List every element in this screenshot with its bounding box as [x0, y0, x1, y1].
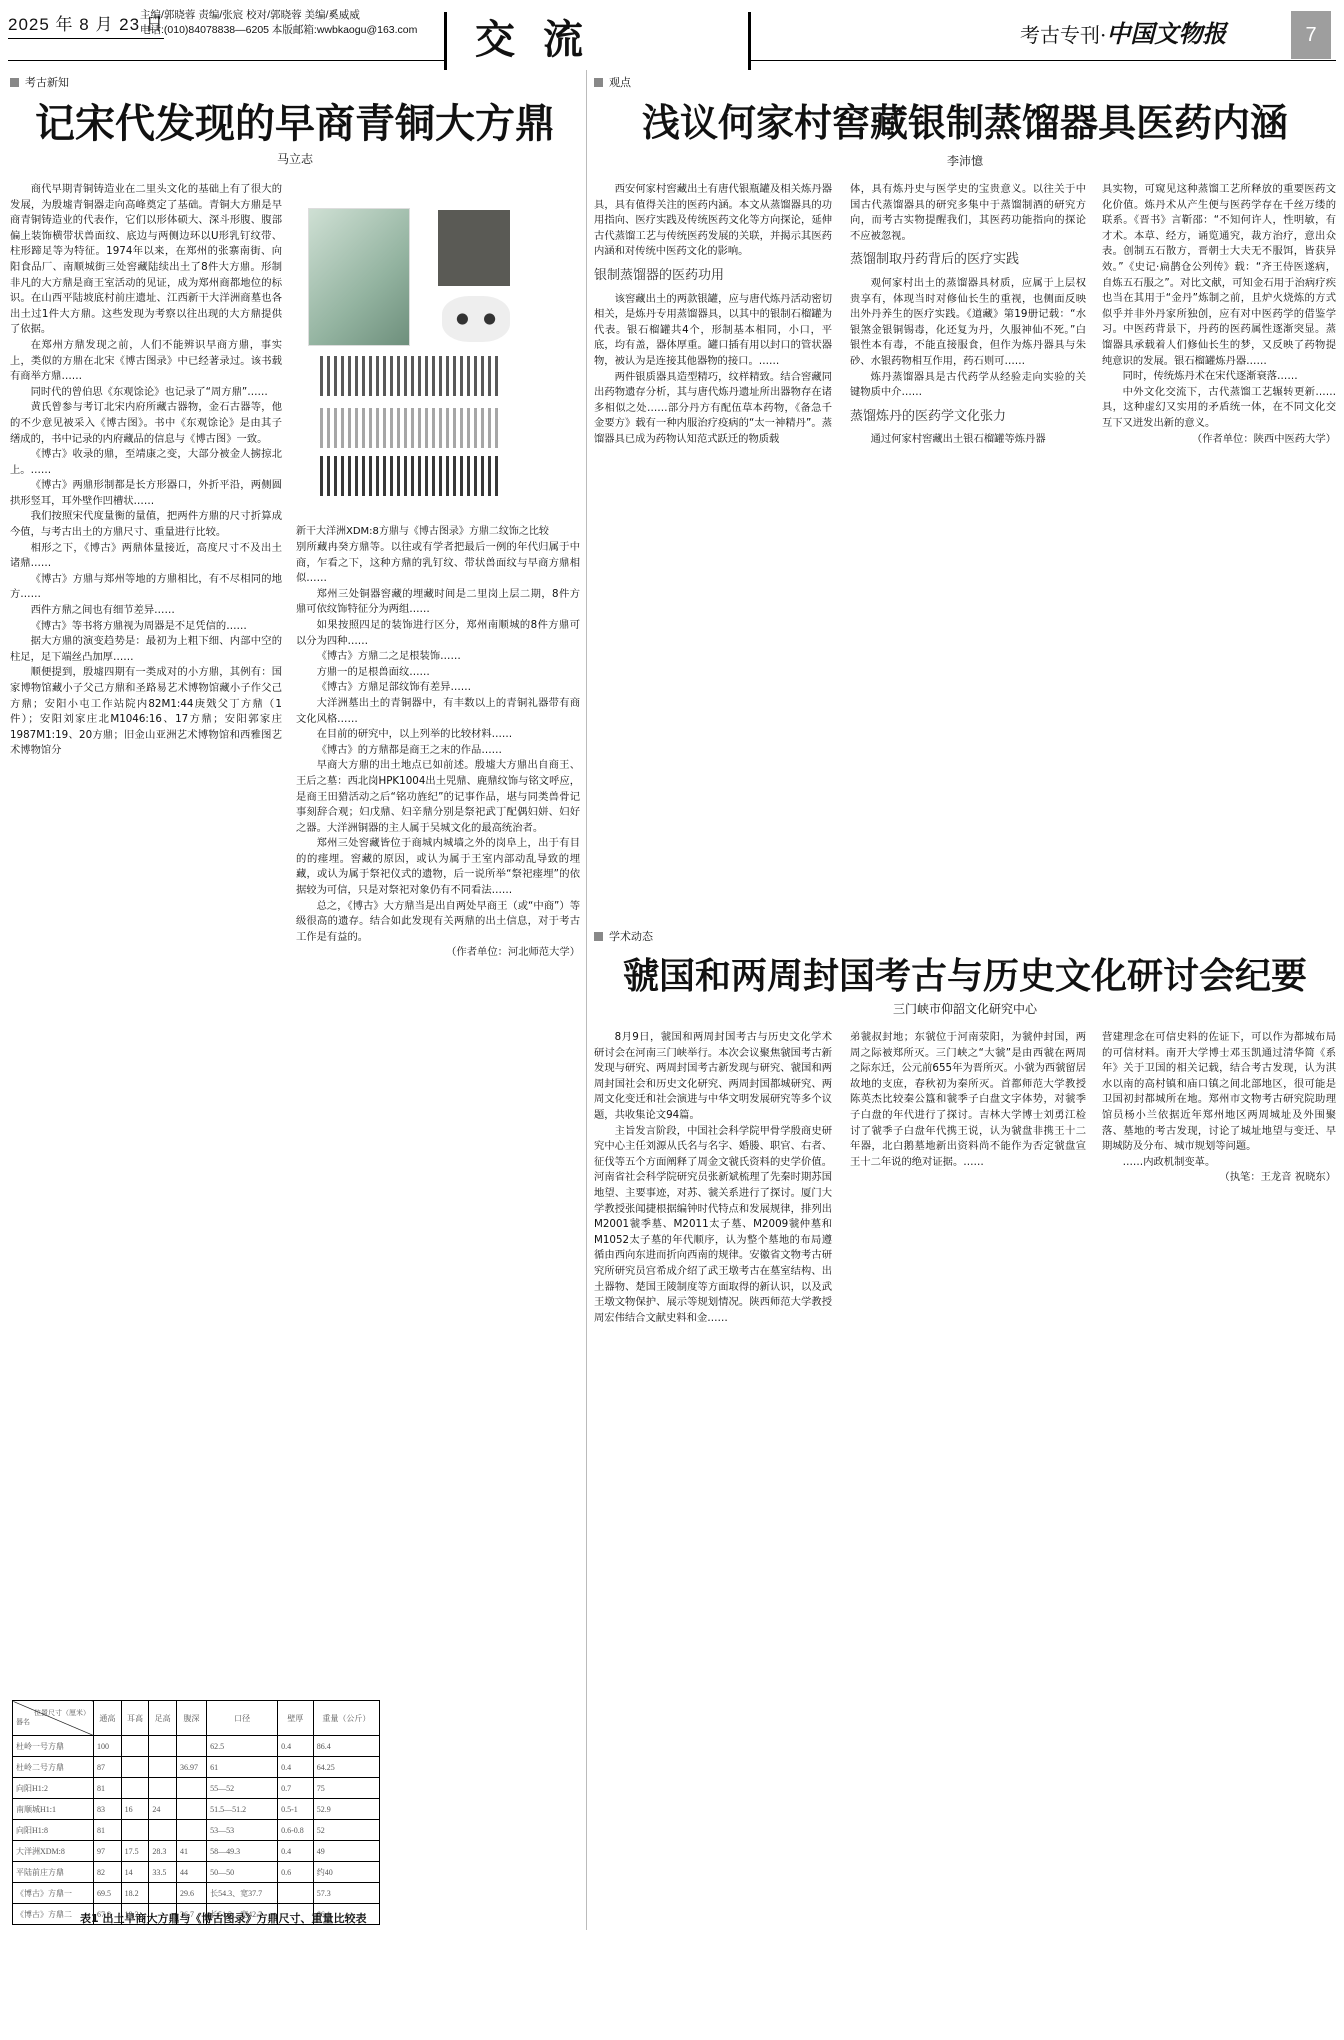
cell: 平陆前庄方鼎 [13, 1862, 94, 1883]
cell [177, 1799, 207, 1820]
paragraph: 方鼎一的足根兽面纹…… [296, 665, 580, 681]
subheading: 蒸馏制取丹药背后的医疗实践 [850, 252, 1086, 268]
header-diag-bottom: 器名 [16, 1718, 90, 1727]
decor-band-2 [320, 408, 500, 448]
cell: 29.6 [177, 1883, 207, 1904]
article2-column-1: 西安何家村窖藏出土有唐代银瓶罐及相关炼丹器具，具有值得关注的医药内涵。本文从蒸馏… [594, 182, 832, 912]
paragraph: 通过何家村窖藏出土银石榴罐等炼丹器 [850, 432, 1086, 448]
editorial-credits: 主编/郭晓蓉 责编/张宸 校对/郭晓蓉 美编/奚威威 电话:(010)84078… [140, 8, 417, 38]
cell: 83 [94, 1799, 122, 1820]
article2-kicker: 观点 [594, 74, 631, 90]
cell: 62.5 [207, 1736, 278, 1757]
kicker-square-icon [10, 78, 19, 87]
cell: 24 [149, 1799, 177, 1820]
header-diag-top: 位置尺寸（厘米） [16, 1709, 90, 1718]
paragraph: 主旨发言阶段，中国社会科学院甲骨学殷商史研究中心主任刘源从氏名与名字、婚媵、职官… [594, 1124, 832, 1327]
cell: 0.4 [278, 1757, 314, 1778]
table-row: 南顺城H1:183162451.5—51.20.5-152.9 [13, 1799, 380, 1820]
paragraph: 在目前的研究中，以上列举的比较材料…… [296, 727, 580, 743]
cell: 75 [313, 1778, 379, 1799]
cell: 0.4 [278, 1736, 314, 1757]
paragraph: 黄氏曾参与考订北宋内府所藏古器物，金石古器等，他的不少意见被采入《博古图》。书中… [10, 400, 282, 447]
cell: 0.5-1 [278, 1799, 314, 1820]
subheading: 银制蒸馏器的医药功用 [594, 268, 832, 284]
table-row: 《博古》方鼎一69.518.229.6长54.3、宽37.757.3 [13, 1883, 380, 1904]
cell: 61 [207, 1757, 278, 1778]
paragraph: 同时代的曾伯思《东观馀论》也记录了“周方鼎”…… [10, 385, 282, 401]
article2-column-3: 具实物，可窥见这种蒸馏工艺所释放的重要医药文化价值。炼丹术从产生便与医药学存在千… [1102, 182, 1336, 912]
paragraph: 8月9日，虢国和两周封国考古与历史文化学术研讨会在河南三门峡举行。本次会议聚焦虢… [594, 1030, 832, 1124]
table-row: 向阳H1:88153—530.6-0.852 [13, 1820, 380, 1841]
cell: 17.5 [121, 1841, 149, 1862]
cell: 44 [177, 1862, 207, 1883]
author-credit: （执笔：王龙音 祝晓东） [1102, 1170, 1336, 1186]
article3-title: 虢国和两周封国考古与历史文化研讨会纪要 [594, 948, 1336, 999]
cell: 16 [121, 1799, 149, 1820]
cell: 58—49.3 [207, 1841, 278, 1862]
header-cell: 足高 [149, 1701, 177, 1736]
paragraph: ……内政机制变革。 [1102, 1155, 1336, 1171]
page-column-divider [586, 70, 587, 1930]
cell: 52.9 [313, 1799, 379, 1820]
masthead-divider-left [444, 12, 447, 70]
cell: 0.4 [278, 1841, 314, 1862]
cell: 约40 [313, 1862, 379, 1883]
cell: 100 [94, 1736, 122, 1757]
handle-photo [438, 210, 510, 286]
cell: 57.3 [313, 1883, 379, 1904]
paragraph: 《博古》收录的鼎，至靖康之变，大部分被金人掳掠北上。…… [10, 447, 282, 478]
paragraph: 总之，《博古》大方鼎当是出自两处早商王（或“中商”）等级很高的遗存。结合如此发现… [296, 899, 580, 946]
paragraph: 两件银质器具造型精巧，纹样精致。结合窖藏同出药物遗存分析，其与唐代炼丹遗址所出器… [594, 370, 832, 448]
paragraph: 体，具有炼丹史与医学史的宝贵意义。以往关于中国古代蒸馏器具的研究多集中于蒸馏制酒… [850, 182, 1086, 244]
decor-band-3 [320, 456, 500, 496]
cell: 18.2 [121, 1883, 149, 1904]
paragraph: 具实物，可窥见这种蒸馏工艺所释放的重要医药文化价值。炼丹术从产生便与医药学存在千… [1102, 182, 1336, 369]
newspaper-brand: 考古专刊·中国文物报 [1020, 14, 1226, 49]
section-title: 交流 [475, 8, 611, 65]
header-cell: 通高 [94, 1701, 122, 1736]
paragraph: 郑州三处铜器窖藏的埋藏时间是二里岗上层二期，8件方鼎可依纹饰特征分为两组…… [296, 587, 580, 618]
article3-kicker: 学术动态 [594, 928, 653, 944]
table-header-row: 位置尺寸（厘米） 器名 通高 耳高 足高 腹深 口径 壁厚 重量（公斤） [13, 1701, 380, 1736]
paragraph: 该窖藏出土的两款银罐，应与唐代炼丹活动密切相关，是炼丹专用蒸馏器具，以其中的银制… [594, 292, 832, 370]
paragraph: 据大方鼎的演变趋势是：最初为上粗下细、内部中空的柱足，足下端丝凸加厚…… [10, 634, 282, 665]
cell: 69.5 [94, 1883, 122, 1904]
cell [177, 1820, 207, 1841]
table-row: 杜岭二号方鼎8736.97610.464.25 [13, 1757, 380, 1778]
paragraph: 早商大方鼎的出土地点已如前述。殷墟大方鼎出自商王、王后之墓：西北岗HPK1004… [296, 758, 580, 836]
cell: 0.7 [278, 1778, 314, 1799]
cell: 28.3 [149, 1841, 177, 1862]
cell: 0.6 [278, 1862, 314, 1883]
paragraph: 在郑州方鼎发现之前，人们不能辨识早商方鼎，事实上，类似的方鼎在北宋《博古图录》中… [10, 338, 282, 385]
cell: 81 [94, 1778, 122, 1799]
header-cell: 壁厚 [278, 1701, 314, 1736]
cell [177, 1778, 207, 1799]
cell: 64.25 [313, 1757, 379, 1778]
cell: 36.97 [177, 1757, 207, 1778]
cell [121, 1778, 149, 1799]
cell: 0.6-0.8 [278, 1820, 314, 1841]
paragraph: 《博古》方鼎足部纹饰有差异…… [296, 680, 580, 696]
article1-title: 记宋代发现的早商青铜大方鼎 [10, 92, 580, 149]
table-caption: 表1 出土早商大方鼎与《博古图录》方鼎尺寸、重量比较表 [80, 1910, 366, 1926]
cell: 杜岭二号方鼎 [13, 1757, 94, 1778]
kicker-label: 学术动态 [609, 928, 653, 944]
cell: 86.4 [313, 1736, 379, 1757]
paragraph: 西件方鼎之间也有细节差异…… [10, 603, 282, 619]
author-affiliation: （作者单位：河北师范大学） [296, 945, 580, 961]
brand-logo: 中国文物报 [1106, 19, 1226, 48]
cell: 52 [313, 1820, 379, 1841]
cell: 41 [177, 1841, 207, 1862]
paragraph: 别所藏冉癸方鼎等。以往或有学者把最后一例的年代归属于中商，乍看之下，这种方鼎的乳… [296, 540, 580, 587]
header-cell: 耳高 [121, 1701, 149, 1736]
cell: 53—53 [207, 1820, 278, 1841]
header-cell: 腹深 [177, 1701, 207, 1736]
article1-figure-caption: 新干大洋洲XDM:8方鼎与《博古图录》方鼎二纹饰之比较 [296, 522, 549, 537]
paragraph: 我们按照宋代度量衡的量值，把两件方鼎的尺寸折算成今值，与考古出土的方鼎尺寸、重量… [10, 509, 282, 540]
cell: 大洋洲XDM:8 [13, 1841, 94, 1862]
taotie-motif-drawing [442, 296, 510, 342]
article2-column-2: 体，具有炼丹史与医学史的宝贵意义。以往关于中国古代蒸馏器具的研究多集中于蒸馏制酒… [850, 182, 1086, 912]
cell: 向阳H1:8 [13, 1820, 94, 1841]
article3-column-3: 营建理念在可信史料的佐证下，可以作为都城布局的可信材料。南开大学博士邓玉凯通过清… [1102, 1030, 1336, 1925]
cell: 南顺城H1:1 [13, 1799, 94, 1820]
cell: 51.5—51.2 [207, 1799, 278, 1820]
paragraph: 《博古》方鼎与郑州等地的方鼎相比，有不尽相同的地方…… [10, 572, 282, 603]
paragraph: 顺便提到，殷墟四期有一类成对的小方鼎，其例有：国家博物馆藏小子父己方鼎和圣路易艺… [10, 665, 282, 759]
paragraph: 中外文化交流下，古代蒸馏工艺辗转更新……具，这种虚幻又实用的矛盾统一体，在不同文… [1102, 385, 1336, 432]
cell: 81 [94, 1820, 122, 1841]
article2-title: 浅议何家村窖藏银制蒸馏器具医药内涵 [594, 92, 1336, 147]
cell: 33.5 [149, 1862, 177, 1883]
article1-column-1: 商代早期青铜铸造业在二里头文化的基础上有了很大的发展，为殷墟青铜器走向高峰奠定了… [10, 182, 282, 1682]
article3-column-2: 弟虢叔封地；东虢位于河南荥阳，为虢仲封国，两周之际被郑所灭。三门峡之“大虢”是由… [850, 1030, 1086, 1925]
cell: 55—52 [207, 1778, 278, 1799]
credits-line-editors: 主编/郭晓蓉 责编/张宸 校对/郭晓蓉 美编/奚威威 [140, 8, 417, 23]
header-cell: 重量（公斤） [313, 1701, 379, 1736]
cell: 97 [94, 1841, 122, 1862]
article3-author: 三门峡市仰韶文化研究中心 [594, 1000, 1336, 1017]
cell [149, 1736, 177, 1757]
paragraph: 营建理念在可信史料的佐证下，可以作为都城布局的可信材料。南开大学博士邓玉凯通过清… [1102, 1030, 1336, 1155]
cell: 87 [94, 1757, 122, 1778]
cell: 《博古》方鼎一 [13, 1883, 94, 1904]
cell [149, 1757, 177, 1778]
paragraph: 《博古》两鼎形制都是长方形器口，外折平沿，两侧圆拱形竖耳，耳外壁作凹槽状…… [10, 478, 282, 509]
cell: 向阳H1:2 [13, 1778, 94, 1799]
paragraph: 观何家村出土的蒸馏器具材质，应属于上层权贵享有，体现当时对修仙长生的重视，也侧面… [850, 276, 1086, 370]
bronze-ding-photo [308, 208, 410, 346]
cell [121, 1736, 149, 1757]
cell [149, 1820, 177, 1841]
credits-line-contact: 电话:(010)84078838—6205 本版邮箱:wwbkaogu@163.… [140, 23, 417, 38]
cell: 长54.3、宽37.7 [207, 1883, 278, 1904]
kicker-square-icon [594, 932, 603, 941]
article3-column-1: 8月9日，虢国和两周封国考古与历史文化学术研讨会在河南三门峡举行。本次会议聚焦虢… [594, 1030, 832, 1925]
kicker-label: 观点 [609, 74, 631, 90]
cell [121, 1757, 149, 1778]
header-cell: 口径 [207, 1701, 278, 1736]
subheading: 蒸馏炼丹的医药学文化张力 [850, 409, 1086, 425]
cell [149, 1883, 177, 1904]
paragraph: 《博古》的方鼎都是商王之末的作品…… [296, 743, 580, 759]
article2-author: 李沛憶 [594, 152, 1336, 169]
cell: 50—50 [207, 1862, 278, 1883]
paragraph: 《博古》方鼎二之足根装饰…… [296, 649, 580, 665]
masthead-divider-right [748, 12, 751, 70]
decor-band-1 [320, 356, 500, 396]
cell [278, 1883, 314, 1904]
table-row: 向阳H1:28155—520.775 [13, 1778, 380, 1799]
cell [149, 1778, 177, 1799]
cell [177, 1736, 207, 1757]
table-diagonal-header: 位置尺寸（厘米） 器名 [13, 1701, 94, 1736]
cell: 杜岭一号方鼎 [13, 1736, 94, 1757]
page-number-badge: 7 [1291, 11, 1331, 59]
paragraph: 同时，传统炼丹术在宋代逐渐衰落…… [1102, 369, 1336, 385]
cell: 14 [121, 1862, 149, 1883]
article1-kicker: 考古新知 [10, 74, 69, 90]
paragraph: 郑州三处窖藏皆位于商城内城墙之外的岗阜上，出于有目的的瘗埋。窖藏的原因，或认为属… [296, 836, 580, 898]
table-row: 杜岭一号方鼎10062.50.486.4 [13, 1736, 380, 1757]
table-row: 平陆前庄方鼎821433.54450—500.6约40 [13, 1862, 380, 1883]
article1-figure [290, 186, 580, 514]
brand-prefix: 考古专刊· [1020, 23, 1106, 47]
kicker-square-icon [594, 78, 603, 87]
paragraph: 西安何家村窖藏出土有唐代银瓶罐及相关炼丹器具，具有值得关注的医药内涵。本文从蒸馏… [594, 182, 832, 260]
paragraph: 商代早期青铜铸造业在二里头文化的基础上有了很大的发展，为殷墟青铜器走向高峰奠定了… [10, 182, 282, 338]
cell [121, 1820, 149, 1841]
paragraph: 相形之下，《博古》两鼎体量接近，高度尺寸不及出土诸鼎…… [10, 541, 282, 572]
comparison-table: 位置尺寸（厘米） 器名 通高 耳高 足高 腹深 口径 壁厚 重量（公斤） 杜岭一… [12, 1700, 380, 1925]
paragraph: 炼丹蒸馏器具是古代药学从经验走向实验的关键物质中介…… [850, 370, 1086, 401]
author-affiliation: （作者单位：陕西中医药大学） [1102, 432, 1336, 448]
paragraph: 如果按照四足的装饰进行区分，郑州南顺城的8件方鼎可以分为四种…… [296, 618, 580, 649]
cell: 49 [313, 1841, 379, 1862]
masthead-rule-left [8, 60, 444, 61]
kicker-label: 考古新知 [25, 74, 69, 90]
cell: 82 [94, 1862, 122, 1883]
paragraph: 大洋洲墓出土的青铜器中，有丰数以上的青铜礼器带有商文化风格…… [296, 696, 580, 727]
table-row: 大洋洲XDM:89717.528.34158—49.30.449 [13, 1841, 380, 1862]
article1-author: 马立志 [10, 150, 580, 167]
paragraph: 《博古》等书将方鼎视为周器是不足凭信的…… [10, 619, 282, 635]
paragraph: 弟虢叔封地；东虢位于河南荥阳，为虢仲封国，两周之际被郑所灭。三门峡之“大虢”是由… [850, 1030, 1086, 1170]
masthead-rule-right [751, 60, 1336, 61]
